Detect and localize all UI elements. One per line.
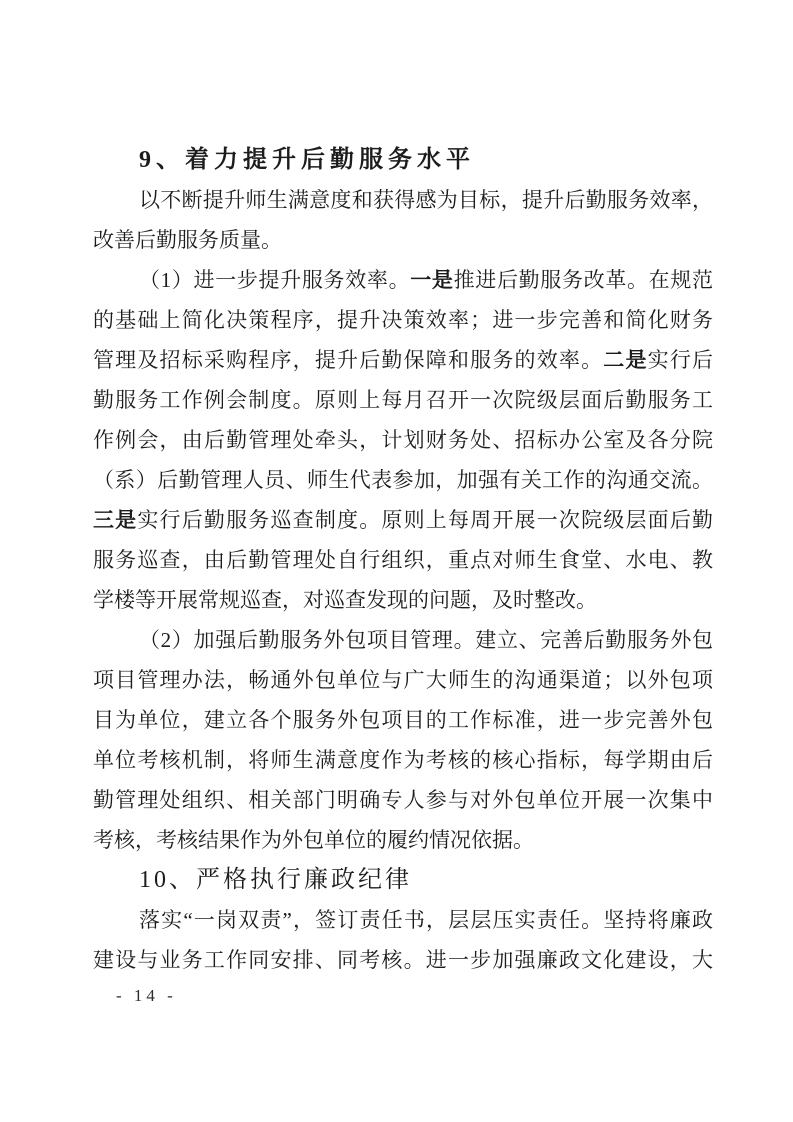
document-page: 9、着力提升后勤服务水平以不断提升师生满意度和获得感为目标，提升后勤服务效率，改…: [0, 0, 793, 1122]
text-line: 管理及招标采购程序，提升后勤保障和服务的效率。二是实行后: [93, 340, 713, 380]
text-line: （2）加强后勤服务外包项目管理。建立、完善后勤服务外包: [93, 620, 713, 660]
text-line: 单位考核机制，将师生满意度作为考核的核心指标，每学期由后: [93, 740, 713, 780]
text-line: 的基础上简化决策程序，提升决策效率；进一步完善和简化财务: [93, 300, 713, 340]
text-line: 三是实行后勤服务巡查制度。原则上每周开展一次院级层面后勤: [93, 500, 713, 540]
text-segment: 落实“一岗双责”，签订责任书，层层压实责任。坚持将廉政: [139, 908, 713, 932]
document-body: 9、着力提升后勤服务水平以不断提升师生满意度和获得感为目标，提升后勤服务效率，改…: [93, 140, 713, 980]
text-line: 服务巡查，由后勤管理处自行组织，重点对师生食堂、水电、教: [93, 540, 713, 580]
text-line: 学楼等开展常规巡查，对巡查发现的问题，及时整改。: [93, 580, 713, 620]
text-segment: 实行后: [648, 348, 713, 372]
text-line: 项目管理办法，畅通外包单位与广大师生的沟通渠道；以外包项: [93, 660, 713, 700]
text-segment: 管理及招标采购程序，提升后勤保障和服务的效率。: [93, 348, 603, 372]
para-service-goal: 以不断提升师生满意度和获得感为目标，提升后勤服务效率，改善后勤服务质量。: [93, 180, 713, 260]
text-segment: 的基础上简化决策程序，提升决策效率；进一步完善和简化财务: [93, 308, 713, 332]
para-discipline: 落实“一岗双责”，签订责任书，层层压实责任。坚持将廉政建设与业务工作同安排、同考…: [93, 900, 713, 980]
text-line: 考核，考核结果作为外包单位的履约情况依据。: [93, 820, 713, 860]
text-segment: 勤服务工作例会制度。原则上每月召开一次院级层面后勤服务工: [93, 388, 713, 412]
text-segment: 服务巡查，由后勤管理处自行组织，重点对师生食堂、水电、教: [93, 548, 713, 572]
text-segment: 以不断提升师生满意度和获得感为目标，提升后勤服务效率，: [139, 188, 713, 212]
text-line: 建设与业务工作同安排、同考核。进一步加强廉政文化建设，大: [93, 940, 713, 980]
text-line: 10、严格执行廉政纪律: [93, 860, 713, 900]
text-segment: 目为单位，建立各个服务外包项目的工作标准，进一步完善外包: [93, 708, 713, 732]
text-segment: （系）后勤管理人员、师生代表参加，加强有关工作的沟通交流。: [93, 468, 713, 492]
text-line: （1）进一步提升服务效率。一是推进后勤服务改革。在规范: [93, 260, 713, 300]
text-line: 落实“一岗双责”，签订责任书，层层压实责任。坚持将廉政: [93, 900, 713, 940]
bold-emphasis-text: 一是: [410, 268, 453, 292]
text-line: 以不断提升师生满意度和获得感为目标，提升后勤服务效率，: [93, 180, 713, 220]
text-segment: 单位考核机制，将师生满意度作为考核的核心指标，每学期由后: [93, 748, 713, 772]
bold-emphasis-text: 三是: [93, 508, 137, 532]
text-line: （系）后勤管理人员、师生代表参加，加强有关工作的沟通交流。: [93, 460, 713, 500]
text-segment: 项目管理办法，畅通外包单位与广大师生的沟通渠道；以外包项: [93, 668, 713, 692]
text-segment: 学楼等开展常规巡查，对巡查发现的问题，及时整改。: [93, 588, 597, 612]
text-line: 勤服务工作例会制度。原则上每月召开一次院级层面后勤服务工: [93, 380, 713, 420]
text-segment: 实行后勤服务巡查制度。原则上每周开展一次院级层面后勤: [137, 508, 713, 532]
text-line: 改善后勤服务质量。: [93, 220, 713, 260]
para-item-1-service-efficiency: （1）进一步提升服务效率。一是推进后勤服务改革。在规范的基础上简化决策程序，提升…: [93, 260, 713, 620]
bold-emphasis-text: 二是: [603, 348, 647, 372]
page-number: - 14 -: [116, 984, 177, 1008]
text-segment: （2）加强后勤服务外包项目管理。建立、完善后勤服务外包: [139, 628, 713, 652]
text-segment: 作例会，由后勤管理处牵头，计划财务处、招标办公室及各分院: [93, 428, 713, 452]
text-line: 目为单位，建立各个服务外包项目的工作标准，进一步完善外包: [93, 700, 713, 740]
text-line: 9、着力提升后勤服务水平: [93, 140, 713, 180]
text-segment: 考核，考核结果作为外包单位的履约情况依据。: [93, 828, 534, 852]
text-segment: 10、严格执行廉政纪律: [139, 867, 412, 893]
heading-section-10: 10、严格执行廉政纪律: [93, 860, 713, 900]
text-segment: 改善后勤服务质量。: [93, 228, 282, 252]
bold-emphasis-text: 9、着力提升后勤服务水平: [139, 147, 475, 173]
text-line: 作例会，由后勤管理处牵头，计划财务处、招标办公室及各分院: [93, 420, 713, 460]
text-segment: 推进后勤服务改革。在规范: [454, 268, 713, 292]
text-segment: 建设与业务工作同安排、同考核。进一步加强廉政文化建设，大: [93, 948, 713, 972]
text-line: 勤管理处组织、相关部门明确专人参与对外包单位开展一次集中: [93, 780, 713, 820]
para-item-2-outsourcing-management: （2）加强后勤服务外包项目管理。建立、完善后勤服务外包项目管理办法，畅通外包单位…: [93, 620, 713, 860]
text-segment: 勤管理处组织、相关部门明确专人参与对外包单位开展一次集中: [93, 788, 713, 812]
heading-section-9: 9、着力提升后勤服务水平: [93, 140, 713, 180]
text-segment: （1）进一步提升服务效率。: [139, 268, 410, 292]
